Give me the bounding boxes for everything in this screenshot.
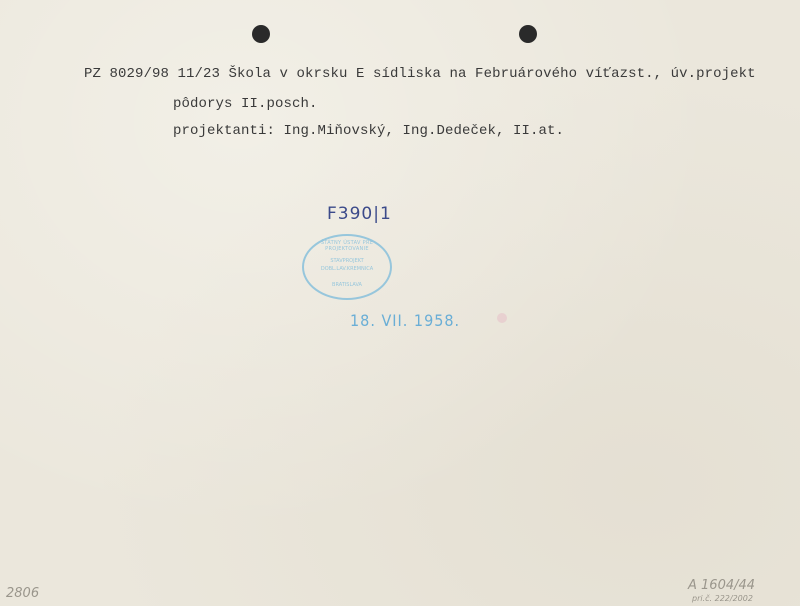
punch-hole-left (252, 25, 270, 43)
stamp-line-3: BRATISLAVA (304, 282, 390, 288)
date-stamp: 18. VII. 1958. (350, 311, 460, 330)
typed-line-designers: projektanti: Ing.Miňovský, Ing.Dedeček, … (173, 123, 564, 139)
stamp-line-1: STAVPROJEKT (304, 258, 390, 264)
stamp-ring-text: ŠTÁTNY ÚSTAV PRE PROJEKTOVANIE (304, 240, 390, 252)
handwritten-code: F390|1 (327, 204, 392, 224)
stain-mark (497, 313, 507, 323)
typed-line-title: PZ 8029/98 11/23 Škola v okrsku E sídlis… (84, 66, 756, 82)
institution-stamp: ŠTÁTNY ÚSTAV PRE PROJEKTOVANIE STAVPROJE… (302, 234, 392, 300)
typed-line-subtitle: pôdorys II.posch. (173, 96, 318, 112)
punch-hole-right (519, 25, 537, 43)
stamp-line-2: DOBL.LAV.KREMNICA (304, 266, 390, 272)
pencil-note-accession: pri.č. 222/2002 (692, 594, 753, 603)
document-paper (0, 0, 800, 606)
pencil-note-archive-number: A 1604/44 (688, 578, 755, 593)
pencil-note-bottom-left: 2806 (6, 586, 39, 601)
